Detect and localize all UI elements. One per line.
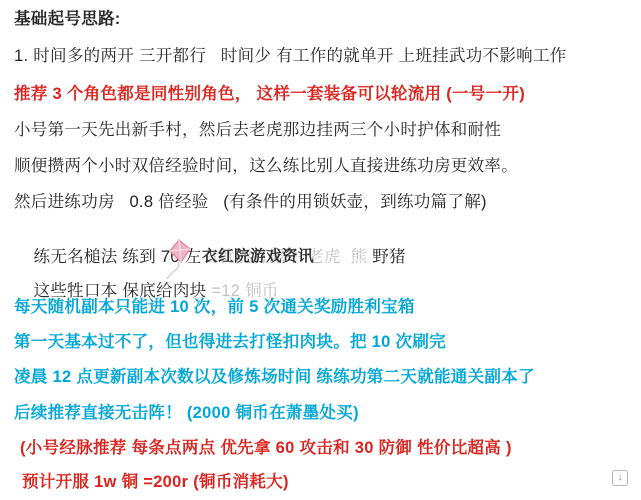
kite-icon <box>166 238 196 287</box>
text-line-11-teal: 后续推荐直接无击阵！ (2000 铜币在萧墨处买) <box>14 403 359 423</box>
text-line-9-teal: 第一天基本过不了，但也得进去打怪扣肉块。把 10 次刷完 <box>14 332 446 352</box>
text-line-2-red: 推荐 3 个角色都是同性别角色， 这样一套装备可以轮流用 (一号一开) <box>14 84 525 104</box>
page-anchor-icon[interactable]: ↓ <box>612 470 628 486</box>
text-line-8-teal: 每天随机副本只能进 10 次，前 5 次通关奖励胜利宝箱 <box>14 297 415 317</box>
text-line-4: 顺便攒两个小时双倍经验时间，这么练比别人直接进练功房更效率。 <box>14 156 518 176</box>
text-line-5: 然后进练功房 0.8 倍经验 (有条件的用锁妖壶，到练功篇了解) <box>14 192 487 212</box>
text-line-12-red: (小号经脉推荐 每条点两点 优先拿 60 攻击和 30 防御 性价比超高 ) <box>20 438 512 458</box>
watermark-label: 衣红院游戏资讯 <box>202 244 314 266</box>
doc-title: 基础起号思路: <box>14 9 121 29</box>
text-line-13-red: 预计开服 1w 铜 =200r (铜币消耗大) <box>22 472 289 492</box>
text-line-1: 1. 时间多的两开 三开都行 时间少 有工作的就单开 上班挂武功不影响工作 <box>14 46 567 66</box>
text-line-10-teal: 凌晨 12 点更新副本次数以及修炼场时间 练练功第二天就能通关副本了 <box>14 367 535 387</box>
document-page: 基础起号思路: 1. 时间多的两开 三开都行 时间少 有工作的就单开 上班挂武功… <box>0 0 641 500</box>
watermark: 衣红院游戏资讯 <box>166 238 314 287</box>
text-line-3: 小号第一天先出新手村，然后去老虎那边挂两三个小时护体和耐性 <box>14 120 501 140</box>
text-segment: 野猪 <box>367 248 405 266</box>
